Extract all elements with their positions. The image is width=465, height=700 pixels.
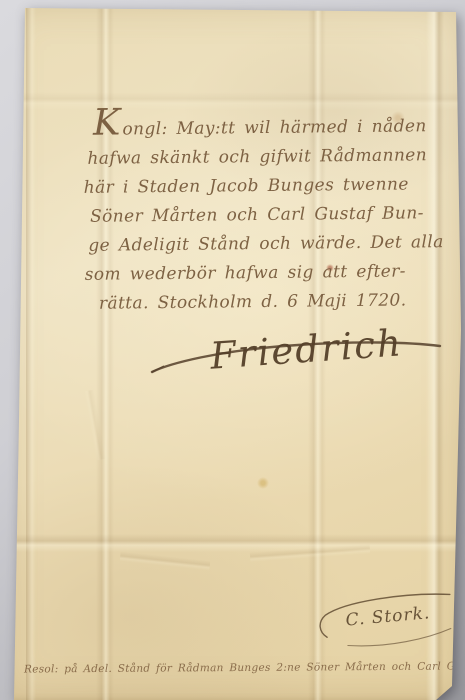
letter-body: Kongl: May:tt wil härmed i nåden hafwa s… <box>83 104 441 319</box>
letter-line: som wederbör hafwa sig att efter- <box>85 257 441 290</box>
letter-line: ge Adeligit Stånd och wärde. Det alla <box>88 228 440 261</box>
letter-line: hafwa skänkt och gifwit Rådmannen <box>87 141 439 174</box>
photo-background: Kongl: May:tt wil härmed i nåden hafwa s… <box>0 0 465 700</box>
paper-sheet: Kongl: May:tt wil härmed i nåden hafwa s… <box>0 0 465 700</box>
letter-line: rätta. Stockholm d. 6 Maji 1720. <box>99 286 441 319</box>
paper-shadow-wrap: Kongl: May:tt wil härmed i nåden hafwa s… <box>0 0 465 700</box>
letter-line: här i Staden Jacob Bunges twenne <box>84 170 440 203</box>
letter-line: Kongl: May:tt wil härmed i nåden <box>93 104 439 145</box>
royal-signature: Friedrich <box>148 318 448 408</box>
fold-crease-horizontal <box>0 534 465 552</box>
letter-line: Söner Mårten och Carl Gustaf Bun- <box>90 199 440 232</box>
docket-line: Resol: på Adel. Stånd för Rådman Bunges … <box>24 660 454 675</box>
paper-wrinkle <box>120 551 211 570</box>
